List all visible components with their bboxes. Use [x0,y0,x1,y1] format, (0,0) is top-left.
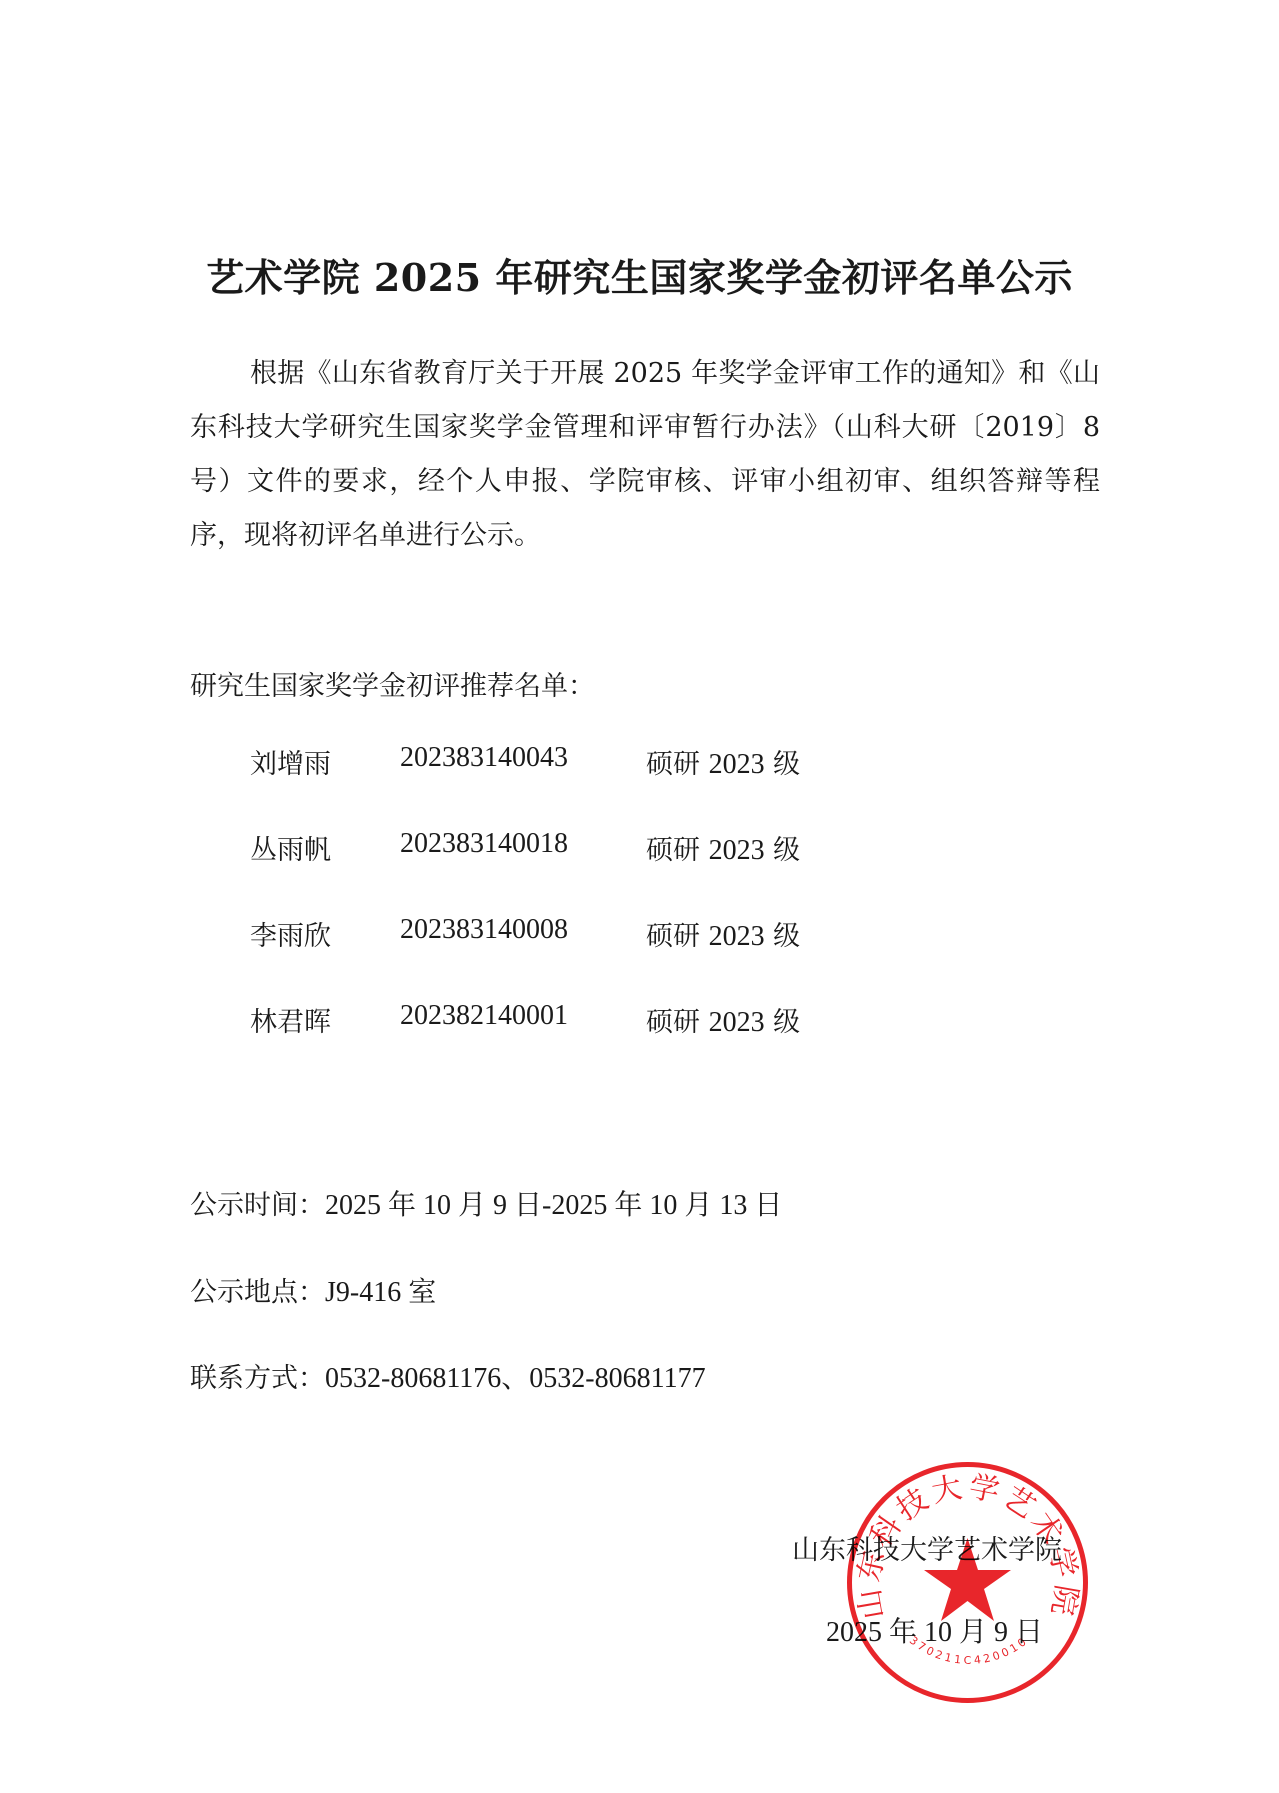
grade-prefix: 硕研 [646,835,709,866]
signature-date: 2025 年 10 月 9 日 [826,1610,1043,1650]
grade-suffix: 级 [765,835,801,866]
grade-suffix: 级 [765,921,801,952]
candidate-grade: 硕研 2023 级 [646,828,800,867]
grade-year: 2023 [709,921,765,952]
publicity-period: 公示时间：2025 年 10 月 9 日-2025 年 10 月 13 日 [190,1183,782,1223]
grade-year: 2023 [709,835,765,866]
grade-prefix: 硕研 [646,749,709,780]
candidate-grade: 硕研 2023 级 [646,742,800,781]
publicity-location-value: J9-416 室 [325,1277,436,1308]
publicity-location: 公示地点：J9-416 室 [190,1270,436,1310]
contact-label: 联系方式： [190,1363,325,1394]
candidate-student-id: 202383140043 [400,742,568,774]
signature-organization: 山东科技大学艺术学院 [792,1528,1062,1567]
official-seal-icon: 山东科技大学艺术学院 370211C420010 [845,1460,1090,1705]
grade-prefix: 硕研 [646,1007,709,1038]
document-title: 艺术学院 2025 年研究生国家奖学金初评名单公示 [0,247,1279,302]
candidate-student-id: 202382140001 [400,1000,568,1032]
grade-prefix: 硕研 [646,921,709,952]
candidate-name: 李雨欣 [250,914,331,953]
candidate-student-id: 202383140008 [400,914,568,946]
candidate-name: 刘增雨 [250,742,331,781]
intro-paragraph: 根据《山东省教育厅关于开展 2025 年奖学金评审工作的通知》和《山东科技大学研… [190,347,1100,563]
candidate-name: 林君晖 [250,1000,331,1039]
contact-value: 0532-80681176、0532-80681177 [325,1363,706,1394]
publicity-location-label: 公示地点： [190,1277,325,1308]
candidate-grade: 硕研 2023 级 [646,914,800,953]
candidate-name: 丛雨帆 [250,828,331,867]
grade-suffix: 级 [765,1007,801,1038]
publicity-period-label: 公示时间： [190,1190,325,1221]
publicity-period-value: 2025 年 10 月 9 日-2025 年 10 月 13 日 [325,1190,782,1221]
candidate-student-id: 202383140018 [400,828,568,860]
contact-info: 联系方式：0532-80681176、0532-80681177 [190,1356,706,1396]
candidate-grade: 硕研 2023 级 [646,1000,800,1039]
signature-date-value: 2025 年 10 月 9 日 [826,1617,1043,1648]
grade-year: 2023 [709,1007,765,1038]
grade-year: 2023 [709,749,765,780]
grade-suffix: 级 [765,749,801,780]
list-heading: 研究生国家奖学金初评推荐名单： [190,664,595,703]
